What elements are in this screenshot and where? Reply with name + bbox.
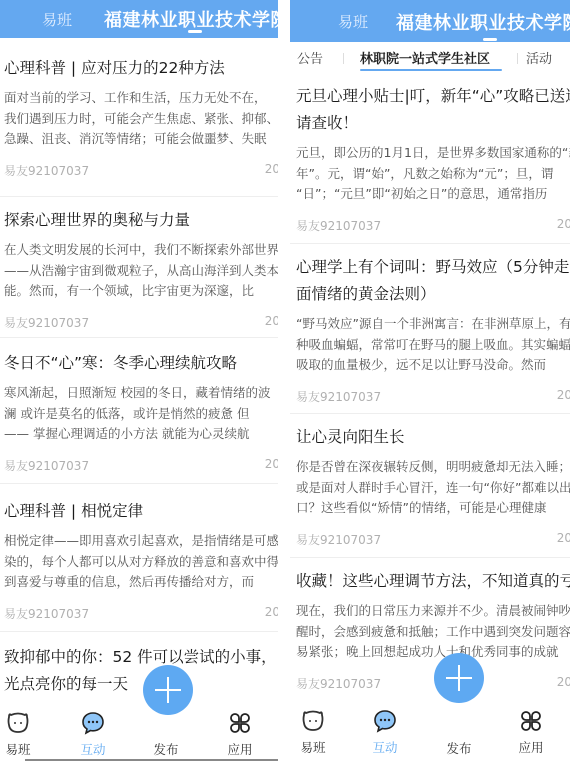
- excerpt-line: 澜 或许是莫名的低落，或许是悄然的疲惫 但: [4, 404, 278, 425]
- excerpt-line: 现在，我们的日常压力来源并不少。清晨被闹钟吵: [296, 601, 570, 622]
- active-tab-indicator: [188, 30, 202, 33]
- publish-fab[interactable]: [143, 665, 193, 715]
- chat-bubble-icon: [373, 709, 397, 733]
- post-item[interactable]: 探索心理世界的奥秘与力量 在人类文明发展的长河中，我们不断探索外部世界 ——从浩…: [0, 197, 278, 338]
- post-meta: 易友92107037 20: [4, 156, 278, 184]
- nav-label: 易班: [0, 740, 48, 758]
- post-excerpt: 元旦，即公历的1月1日，是世界多数国家通称的“新 年”。元，谓“始”，凡数之始称…: [296, 143, 570, 205]
- subtab-activities[interactable]: 活动: [526, 48, 552, 67]
- post-item[interactable]: 心理科普 | 相悦定律 相悦定律——即用喜欢引起喜欢，是指情绪是可感 染的，每个…: [0, 484, 278, 632]
- excerpt-line: 到喜爱与尊重的信息，然后再传播给对方，而: [4, 572, 278, 593]
- post-author[interactable]: 易友92107037: [296, 217, 381, 234]
- excerpt-line: 元旦，即公历的1月1日，是世界多数国家通称的“新: [296, 143, 570, 164]
- post-excerpt: 在人类文明发展的长河中，我们不断探索外部世界 ——从浩瀚宇宙到微观粒子，从高山海…: [4, 240, 278, 302]
- post-author[interactable]: 易友92107037: [4, 162, 89, 179]
- top-bar: 易班 福建林业职业技术学院: [290, 0, 570, 42]
- excerpt-line: 相悦定律——即用喜欢引起喜欢，是指情绪是可感: [4, 531, 278, 552]
- apps-grid-icon: [228, 711, 252, 735]
- post-feed[interactable]: 元旦心理小贴士|叮，新年“心”攻略已送达 请查收！ 元旦，即公历的1月1日，是世…: [290, 80, 570, 706]
- bottom-nav: 易班 互动 发布 应用: [290, 703, 570, 761]
- nav-label: 互动: [355, 738, 415, 756]
- post-meta: 易友92107037 20: [296, 525, 570, 553]
- post-author[interactable]: 易友92107037: [4, 605, 89, 622]
- post-item[interactable]: 致抑郁中的你：52 件可以尝试的小事， 光点亮你的每一天: [0, 632, 278, 698]
- post-title[interactable]: 收藏！这些心理调节方法，不知道真的亏了: [296, 568, 570, 595]
- post-meta: 易友92107037 20: [4, 599, 278, 627]
- excerpt-line: 在人类文明发展的长河中，我们不断探索外部世界: [4, 240, 278, 261]
- nav-yiban[interactable]: 易班: [0, 705, 48, 761]
- subtab-community[interactable]: 林职院一站式学生社区: [360, 48, 490, 67]
- excerpt-line: 寒风渐起，日照渐短 校园的冬日，藏着情绪的波: [4, 383, 278, 404]
- excerpt-line: 我们遇到压力时，可能会产生焦虑、紧张、抑郁、: [4, 109, 278, 130]
- post-title-line2[interactable]: 面情绪的黄金法则）: [296, 281, 570, 308]
- subtab-underline: [360, 69, 502, 71]
- excerpt-line: 易紧张；晚上回想起成功人士和优秀同事的成就: [296, 642, 570, 663]
- post-date: 20: [557, 531, 570, 545]
- post-date: 20: [265, 605, 278, 619]
- post-excerpt: 你是否曾在深夜辗转反侧，明明疲惫却无法入睡； 或是面对人群时手心冒汗，连一句“你…: [296, 457, 570, 519]
- post-author[interactable]: 易友92107037: [296, 675, 381, 692]
- tab-school[interactable]: 福建林业职业技术学院: [396, 9, 570, 35]
- post-title[interactable]: 心理学上有个词叫：野马效应（5分钟走出负: [296, 254, 570, 281]
- post-title[interactable]: 致抑郁中的你：52 件可以尝试的小事，: [4, 644, 278, 671]
- subtab-separator: [343, 53, 344, 64]
- excerpt-line: 你是否曾在深夜辗转反侧，明明疲惫却无法入睡；: [296, 457, 570, 478]
- active-tab-indicator: [483, 38, 497, 41]
- post-item[interactable]: 收藏！这些心理调节方法，不知道真的亏了 现在，我们的日常压力来源并不少。清晨被闹…: [290, 558, 570, 706]
- excerpt-line: “野马效应”源自一个非洲寓言：在非洲草原上，有一: [296, 314, 570, 335]
- post-title[interactable]: 冬日不“心”寒：冬季心理续航攻略: [4, 350, 278, 377]
- post-date: 20: [265, 314, 278, 328]
- post-excerpt: “野马效应”源自一个非洲寓言：在非洲草原上，有一 种吸血蝙蝠，常常叮在野马的腿上…: [296, 314, 570, 376]
- post-title[interactable]: 让心灵向阳生长: [296, 424, 570, 451]
- bottom-nav: 易班 互动 发布 应用: [0, 705, 278, 761]
- excerpt-line: 口？这些看似“矫情”的情绪，可能是心理健康: [296, 498, 570, 519]
- tab-yiban[interactable]: 易班: [42, 9, 72, 30]
- bear-face-icon: [6, 711, 30, 735]
- post-excerpt: 寒风渐起，日照渐短 校园的冬日，藏着情绪的波 澜 或许是莫名的低落，或许是悄然的…: [4, 383, 278, 445]
- publish-fab[interactable]: [434, 653, 484, 703]
- divider-gap: [278, 0, 290, 761]
- nav-label: 易班: [290, 738, 343, 756]
- post-date: 20: [265, 457, 278, 471]
- post-meta: 易友92107037 20: [296, 382, 570, 410]
- nav-label: 互动: [63, 740, 123, 758]
- excerpt-line: ——从浩瀚宇宙到微观粒子，从高山海洋到人类本: [4, 261, 278, 282]
- post-author[interactable]: 易友92107037: [4, 457, 89, 474]
- excerpt-line: 年”。元，谓“始”，凡数之始称为“元”；旦，谓: [296, 164, 570, 185]
- post-item[interactable]: 元旦心理小贴士|叮，新年“心”攻略已送达 请查收！ 元旦，即公历的1月1日，是世…: [290, 80, 570, 244]
- post-author[interactable]: 易友92107037: [296, 388, 381, 405]
- nav-yiban[interactable]: 易班: [290, 703, 343, 759]
- excerpt-line: 面对当前的学习、工作和生活，压力无处不在，: [4, 88, 278, 109]
- excerpt-line: 吸取的血量极少，远不足以让野马没命。然而: [296, 355, 570, 376]
- post-title[interactable]: 元旦心理小贴士|叮，新年“心”攻略已送达: [296, 83, 570, 110]
- subtab-announcements[interactable]: 公告: [297, 48, 323, 67]
- excerpt-line: 或是面对人群时手心冒汗，连一句“你好”都难以出: [296, 478, 570, 499]
- post-meta: 易友92107037 20: [4, 451, 278, 479]
- post-date: 20: [557, 217, 570, 231]
- post-feed[interactable]: 心理科普 | 应对压力的22种方法 面对当前的学习、工作和生活，压力无处不在， …: [0, 52, 278, 698]
- tab-yiban[interactable]: 易班: [338, 11, 368, 32]
- nav-label: 应用: [501, 738, 561, 756]
- post-meta: 易友92107037 20: [296, 211, 570, 239]
- post-title-line2[interactable]: 光点亮你的每一天: [4, 671, 278, 698]
- post-author[interactable]: 易友92107037: [4, 314, 89, 331]
- post-title[interactable]: 心理科普 | 应对压力的22种方法: [4, 55, 278, 82]
- excerpt-line: 能。然而，有一个领域，比宇宙更为深邃，比: [4, 281, 278, 302]
- right-phone-screen: 易班 福建林业职业技术学院 公告 林职院一站式学生社区 活动 元旦心理小贴士|叮…: [290, 0, 570, 761]
- nav-interact[interactable]: 互动: [63, 705, 123, 761]
- post-item[interactable]: 冬日不“心”寒：冬季心理续航攻略 寒风渐起，日照渐短 校园的冬日，藏着情绪的波 …: [0, 338, 278, 484]
- post-author[interactable]: 易友92107037: [296, 531, 381, 548]
- subtab-separator: [517, 53, 518, 64]
- nav-label-publish[interactable]: 发布: [136, 740, 196, 758]
- post-date: 20: [557, 388, 570, 402]
- excerpt-line: 醒时，会感到疲惫和抵触；工作中遇到突发问题容: [296, 622, 570, 643]
- post-title-line2[interactable]: 请查收！: [296, 110, 570, 137]
- apps-grid-icon: [519, 709, 543, 733]
- nav-apps[interactable]: 应用: [210, 705, 270, 761]
- post-title[interactable]: 心理科普 | 相悦定律: [4, 498, 278, 525]
- excerpt-line: —— 掌握心理调适的小方法 就能为心灵续航: [4, 424, 278, 445]
- excerpt-line: “日”；“元旦”即“初始之日”的意思，通常指历: [296, 184, 570, 205]
- excerpt-line: 种吸血蝙蝠，常常叮在野马的腿上吸血。其实蝙蝠: [296, 335, 570, 356]
- post-item[interactable]: 让心灵向阳生长 你是否曾在深夜辗转反侧，明明疲惫却无法入睡； 或是面对人群时手心…: [290, 414, 570, 558]
- post-item[interactable]: 心理学上有个词叫：野马效应（5分钟走出负 面情绪的黄金法则） “野马效应”源自一…: [290, 244, 570, 414]
- nav-label: 应用: [210, 740, 270, 758]
- post-date: 20: [265, 162, 278, 176]
- top-bar: 易班 福建林业职业技术学院: [0, 0, 278, 38]
- nav-interact[interactable]: 互动: [355, 703, 415, 759]
- post-date: 20: [557, 675, 570, 689]
- post-meta: 易友92107037 20: [4, 308, 278, 336]
- excerpt-line: 急躁、沮丧、消沉等情绪；可能会做噩梦、失眠: [4, 129, 278, 150]
- post-excerpt: 相悦定律——即用喜欢引起喜欢，是指情绪是可感 染的，每个人都可以从对方释放的善意…: [4, 531, 278, 593]
- nav-apps[interactable]: 应用: [501, 703, 561, 759]
- excerpt-line: 染的，每个人都可以从对方释放的善意和喜欢中得: [4, 552, 278, 573]
- post-item[interactable]: 心理科普 | 应对压力的22种方法 面对当前的学习、工作和生活，压力无处不在， …: [0, 52, 278, 197]
- post-excerpt: 现在，我们的日常压力来源并不少。清晨被闹钟吵 醒时，会感到疲惫和抵触；工作中遇到…: [296, 601, 570, 663]
- tab-school[interactable]: 福建林业职业技术学院: [104, 6, 278, 32]
- screenshot-pair: 易班 福建林业职业技术学院 心理科普 | 应对压力的22种方法 面对当前的学习、…: [0, 0, 570, 761]
- post-excerpt: 面对当前的学习、工作和生活，压力无处不在， 我们遇到压力时，可能会产生焦虑、紧张…: [4, 88, 278, 150]
- chat-bubble-icon: [81, 711, 105, 735]
- nav-label-publish[interactable]: 发布: [429, 739, 489, 757]
- left-phone-screen: 易班 福建林业职业技术学院 心理科普 | 应对压力的22种方法 面对当前的学习、…: [0, 0, 278, 761]
- bear-face-icon: [301, 709, 325, 733]
- sub-tabs: 公告 林职院一站式学生社区 活动: [290, 42, 570, 72]
- post-title[interactable]: 探索心理世界的奥秘与力量: [4, 207, 278, 234]
